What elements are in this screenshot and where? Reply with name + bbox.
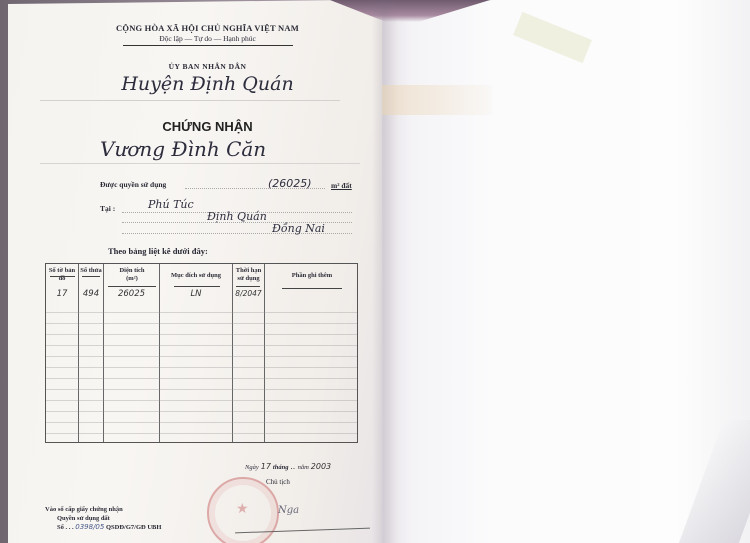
- header-purpose: Mục đích sử dụng: [160, 272, 232, 280]
- registry-number-handwritten: 0398/05: [75, 523, 104, 531]
- ruled-line: [46, 312, 357, 313]
- committee-label: ỦY BAN NHÂN DÂN: [100, 62, 315, 71]
- header-term: Thời hạn sử dụng: [233, 267, 264, 283]
- header-notes: Phần ghi thêm: [265, 272, 359, 280]
- location-district: Định Quán: [207, 210, 267, 223]
- signing-date: Ngày 17 tháng .. năm 2003: [245, 462, 331, 471]
- ruled-line: [46, 422, 357, 423]
- location-province: Đồng Nai: [272, 222, 325, 235]
- header-parcel-no: Số thửa: [79, 267, 103, 275]
- ruled-line: [46, 389, 357, 390]
- header-map-sheet: Số tờ bản đồ: [46, 267, 78, 283]
- holder-name: Vương Đình Căn: [100, 137, 300, 161]
- book-spine: [372, 0, 398, 543]
- ruled-line: [46, 400, 357, 401]
- date-day: 17: [261, 462, 271, 471]
- date-year: 2003: [311, 462, 331, 471]
- header-area: Diện tích (m²): [114, 267, 150, 283]
- certificate-booklet: CỘNG HÒA XÃ HỘI CHỦ NGHĨA VIỆT NAM Độc l…: [0, 0, 750, 543]
- ruled-line: [46, 411, 357, 412]
- header-divider: [123, 45, 293, 46]
- table-caption: Theo bảng liệt kê dưới đây:: [108, 246, 208, 256]
- header-underline: [282, 288, 342, 289]
- chair-label: Chủ tịch: [266, 478, 290, 486]
- cell-map-sheet: 17: [46, 289, 78, 299]
- location-commune: Phú Túc: [148, 198, 194, 211]
- cell-parcel-no: 494: [79, 289, 103, 299]
- district-name: Huyện Định Quán: [100, 73, 315, 95]
- use-right-label: Được quyền sử dụng: [100, 180, 166, 189]
- cell-area: 26025: [104, 289, 159, 299]
- ruled-line: [46, 378, 357, 379]
- national-header: CỘNG HÒA XÃ HỘI CHỦ NGHĨA VIỆT NAM Độc l…: [100, 23, 315, 46]
- right-page-blank: [382, 0, 750, 543]
- ruled-line: [46, 367, 357, 368]
- divider: [40, 100, 340, 101]
- cell-purpose: LN: [160, 289, 232, 299]
- location-label: Tại :: [100, 204, 115, 213]
- ruled-line: [46, 433, 357, 434]
- star-icon: ★: [236, 501, 249, 518]
- ruled-line: [46, 323, 357, 324]
- header-underline: [108, 286, 156, 287]
- registry-line-2: Quyền sử dụng đất: [45, 514, 161, 523]
- header-underline: [174, 286, 220, 287]
- header-underline: [50, 276, 75, 277]
- official-seal: ★: [207, 477, 279, 543]
- header-underline: [82, 276, 100, 277]
- registry-entry: Vào sổ cấp giấy chứng nhận Quyền sử dụng…: [45, 505, 161, 532]
- area-unit: m² đất: [331, 181, 352, 190]
- nation-name: CỘNG HÒA XÃ HỘI CHỦ NGHĨA VIỆT NAM: [100, 23, 315, 33]
- land-parcel-table: Số tờ bản đồ Số thửa Diện tích (m²) Mục …: [45, 263, 358, 443]
- cell-term: 8/2047: [233, 289, 264, 298]
- national-motto: Độc lập — Tự do — Hạnh phúc: [100, 34, 315, 43]
- paper-stain: [382, 85, 492, 115]
- ruled-line: [46, 334, 357, 335]
- ruled-line: [46, 345, 357, 346]
- date-month: ..: [290, 462, 295, 471]
- use-right-area: (26025): [268, 177, 312, 190]
- certificate-title: CHỨNG NHẬN: [100, 119, 315, 134]
- ruled-line: [46, 356, 357, 357]
- divider: [40, 163, 360, 164]
- registry-number: Số . . . 0398/05 QSDĐ/G7/GĐ UBH: [45, 523, 161, 532]
- header-underline: [236, 286, 260, 287]
- use-right-line: Được quyền sử dụng: [100, 180, 166, 189]
- column-divider: [264, 264, 265, 442]
- signature: Nga: [278, 505, 299, 516]
- registry-line-1: Vào sổ cấp giấy chứng nhận: [45, 505, 161, 514]
